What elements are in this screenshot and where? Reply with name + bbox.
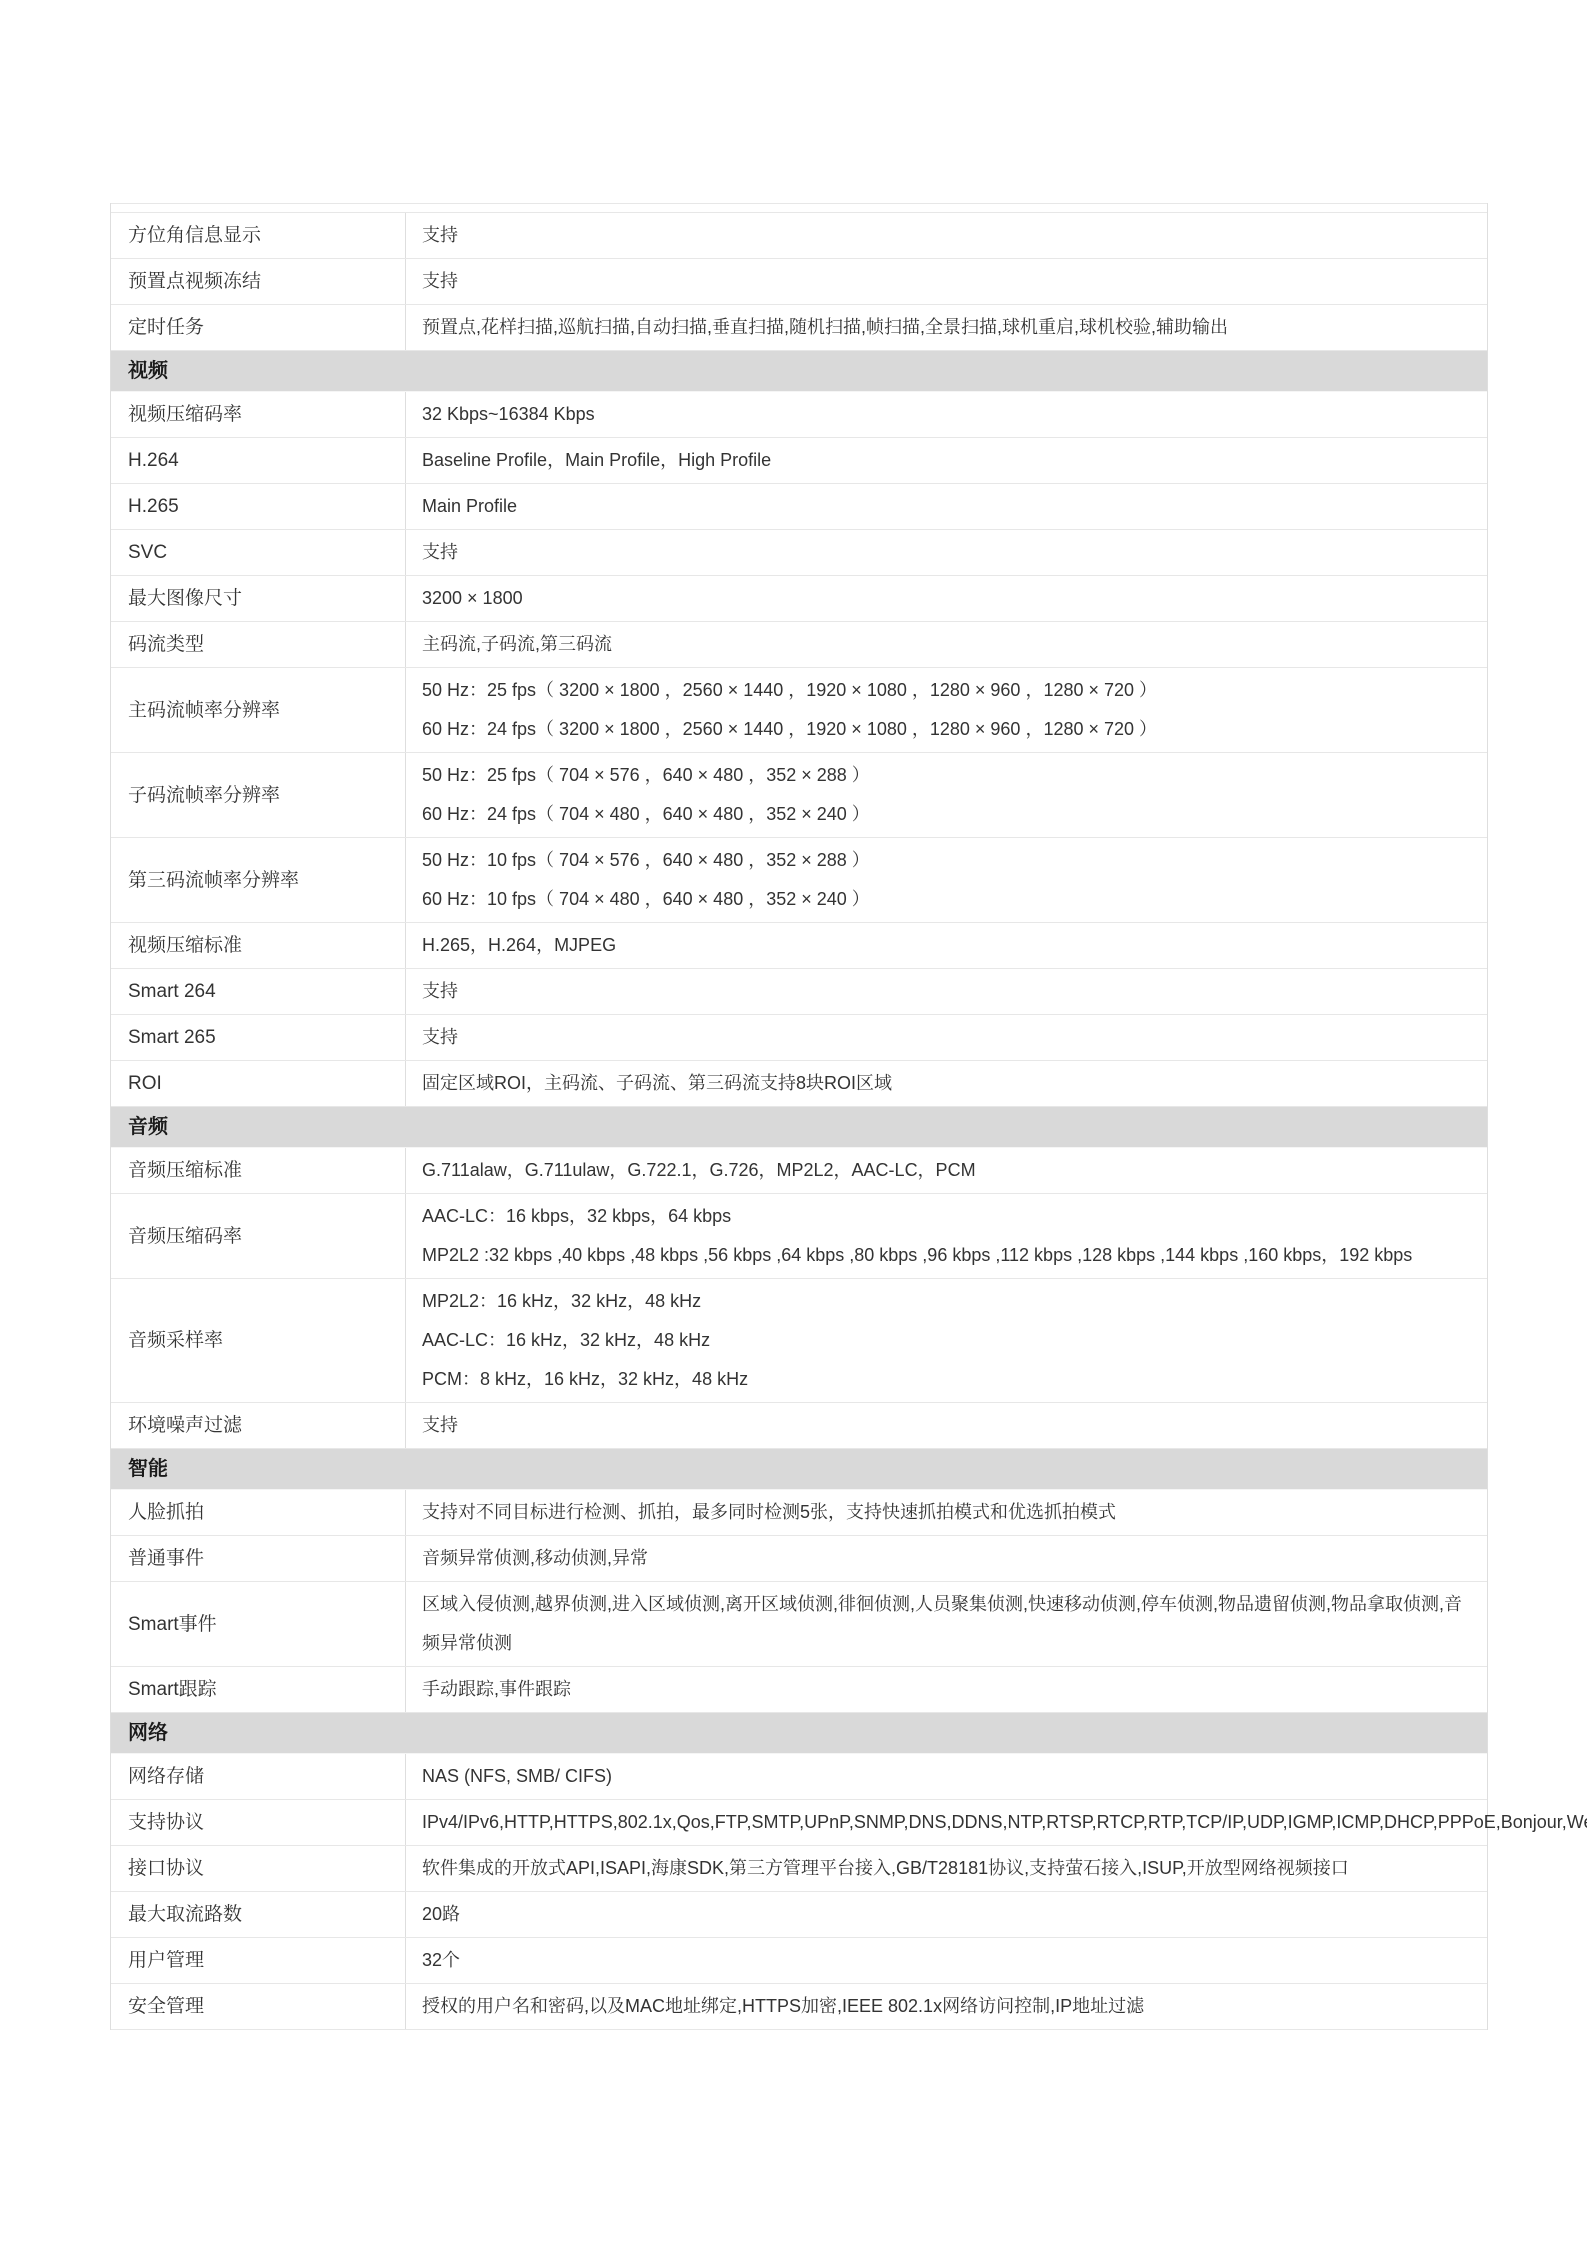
spec-value: Baseline Profile，Main Profile，High Profi…	[406, 438, 1487, 483]
spec-label: 支持协议	[111, 1800, 406, 1845]
spec-label: 人脸抓拍	[111, 1490, 406, 1535]
spec-row: H.264Baseline Profile，Main Profile，High …	[111, 438, 1487, 484]
spec-value: 支持	[406, 969, 1487, 1014]
spec-row: 普通事件音频异常侦测,移动侦测,异常	[111, 1536, 1487, 1582]
spec-row: ROI固定区域ROI，主码流、子码流、第三码流支持8块ROI区域	[111, 1061, 1487, 1107]
spec-label: H.265	[111, 484, 406, 529]
spec-label: Smart事件	[111, 1582, 406, 1666]
spec-value: 32 Kbps~16384 Kbps	[406, 392, 1487, 437]
value-line: 32 Kbps~16384 Kbps	[422, 395, 1467, 434]
spec-label: 码流类型	[111, 622, 406, 667]
spec-label: ROI	[111, 1061, 406, 1106]
spec-table: 方位角信息显示支持预置点视频冻结支持定时任务预置点,花样扫描,巡航扫描,自动扫描…	[110, 203, 1488, 2030]
spec-value: 手动跟踪,事件跟踪	[406, 1667, 1487, 1712]
spec-label: Smart跟踪	[111, 1667, 406, 1712]
spec-row: Smart事件区域入侵侦测,越界侦测,进入区域侦测,离开区域侦测,徘徊侦测,人员…	[111, 1582, 1487, 1667]
spec-value: 50 Hz：25 fps（ 3200 × 1800 ，2560 × 1440 ，…	[406, 668, 1487, 752]
value-line: Main Profile	[422, 487, 1467, 526]
spec-row: Smart 264支持	[111, 969, 1487, 1015]
value-line: 区域入侵侦测,越界侦测,进入区域侦测,离开区域侦测,徘徊侦测,人员聚集侦测,快速…	[422, 1585, 1467, 1663]
spec-row: 安全管理授权的用户名和密码,以及MAC地址绑定,HTTPS加密,IEEE 802…	[111, 1984, 1487, 2030]
spec-row: SVC支持	[111, 530, 1487, 576]
spec-row: 方位角信息显示支持	[111, 213, 1487, 259]
spec-value: 固定区域ROI，主码流、子码流、第三码流支持8块ROI区域	[406, 1061, 1487, 1106]
spec-value: 支持	[406, 259, 1487, 304]
spec-row: 主码流帧率分辨率50 Hz：25 fps（ 3200 × 1800 ，2560 …	[111, 668, 1487, 753]
spec-label: Smart 264	[111, 969, 406, 1014]
value-line: 3200 × 1800	[422, 579, 1467, 618]
value-line: 支持	[422, 1406, 1467, 1445]
value-line: 支持	[422, 262, 1467, 301]
spec-label: 预置点视频冻结	[111, 259, 406, 304]
section-header-intelligence: 智能	[111, 1449, 1487, 1490]
spec-row: 定时任务预置点,花样扫描,巡航扫描,自动扫描,垂直扫描,随机扫描,帧扫描,全景扫…	[111, 305, 1487, 351]
value-line: 支持	[422, 216, 1467, 255]
spec-label: SVC	[111, 530, 406, 575]
value-line: 60 Hz：24 fps（ 704 × 480 ，640 × 480 ，352 …	[422, 795, 1467, 834]
value-line: NAS (NFS, SMB/ CIFS)	[422, 1757, 1467, 1796]
spec-row: 支持协议IPv4/IPv6,HTTP,HTTPS,802.1x,Qos,FTP,…	[111, 1800, 1487, 1846]
spec-value: AAC-LC：16 kbps，32 kbps，64 kbpsMP2L2 :32 …	[406, 1194, 1487, 1278]
spec-value: MP2L2：16 kHz，32 kHz，48 kHzAAC-LC：16 kHz，…	[406, 1279, 1487, 1402]
spec-value: H.265，H.264，MJPEG	[406, 923, 1487, 968]
spec-value: G.711alaw，G.711ulaw，G.722.1，G.726，MP2L2，…	[406, 1148, 1487, 1193]
spec-value: 32个	[406, 1938, 1487, 1983]
spec-label: 音频压缩码率	[111, 1194, 406, 1278]
spec-value: 支持	[406, 530, 1487, 575]
spec-label: Smart 265	[111, 1015, 406, 1060]
spec-label: 普通事件	[111, 1536, 406, 1581]
spec-value: 支持对不同目标进行检测、抓拍，最多同时检测5张，支持快速抓拍模式和优选抓拍模式	[406, 1490, 1487, 1535]
spec-label: 接口协议	[111, 1846, 406, 1891]
spec-value: 50 Hz：25 fps（ 704 × 576 ，640 × 480 ，352 …	[406, 753, 1487, 837]
spec-value: 50 Hz：10 fps（ 704 × 576 ，640 × 480 ，352 …	[406, 838, 1487, 922]
value-line: MP2L2：16 kHz，32 kHz，48 kHz	[422, 1282, 1467, 1321]
spec-row: 音频压缩码率AAC-LC：16 kbps，32 kbps，64 kbpsMP2L…	[111, 1194, 1487, 1279]
spec-label: 定时任务	[111, 305, 406, 350]
spec-value: 支持	[406, 1015, 1487, 1060]
spec-label: 第三码流帧率分辨率	[111, 838, 406, 922]
value-line: 支持对不同目标进行检测、抓拍，最多同时检测5张，支持快速抓拍模式和优选抓拍模式	[422, 1493, 1467, 1532]
spec-value: 主码流,子码流,第三码流	[406, 622, 1487, 667]
value-line: 50 Hz：10 fps（ 704 × 576 ，640 × 480 ，352 …	[422, 841, 1467, 880]
spec-row: 子码流帧率分辨率50 Hz：25 fps（ 704 × 576 ，640 × 4…	[111, 753, 1487, 838]
spec-row: 视频压缩码率32 Kbps~16384 Kbps	[111, 392, 1487, 438]
spec-label: 音频压缩标准	[111, 1148, 406, 1193]
section-header-video: 视频	[111, 351, 1487, 392]
value-line: AAC-LC：16 kHz，32 kHz，48 kHz	[422, 1321, 1467, 1360]
spec-label: 最大取流路数	[111, 1892, 406, 1937]
spec-value: NAS (NFS, SMB/ CIFS)	[406, 1754, 1487, 1799]
value-line: 手动跟踪,事件跟踪	[422, 1670, 1467, 1709]
spec-value: 预置点,花样扫描,巡航扫描,自动扫描,垂直扫描,随机扫描,帧扫描,全景扫描,球机…	[406, 305, 1487, 350]
spec-row: Smart跟踪手动跟踪,事件跟踪	[111, 1667, 1487, 1713]
value-line: 60 Hz：10 fps（ 704 × 480 ，640 × 480 ，352 …	[422, 880, 1467, 919]
spec-value: 3200 × 1800	[406, 576, 1487, 621]
value-line: 主码流,子码流,第三码流	[422, 625, 1467, 664]
value-line: 固定区域ROI，主码流、子码流、第三码流支持8块ROI区域	[422, 1064, 1467, 1103]
value-line: 50 Hz：25 fps（ 3200 × 1800 ，2560 × 1440 ，…	[422, 671, 1467, 710]
value-line: H.265，H.264，MJPEG	[422, 926, 1467, 965]
spec-label: 音频采样率	[111, 1279, 406, 1402]
spec-value: 20路	[406, 1892, 1487, 1937]
spec-value: 音频异常侦测,移动侦测,异常	[406, 1536, 1487, 1581]
section-header-network: 网络	[111, 1713, 1487, 1754]
spec-row: 视频压缩标准H.265，H.264，MJPEG	[111, 923, 1487, 969]
spec-row: 人脸抓拍支持对不同目标进行检测、抓拍，最多同时检测5张，支持快速抓拍模式和优选抓…	[111, 1490, 1487, 1536]
value-line: 支持	[422, 533, 1467, 572]
spec-value: 支持	[406, 1403, 1487, 1448]
value-line: PCM：8 kHz，16 kHz，32 kHz，48 kHz	[422, 1360, 1467, 1399]
spec-value: 软件集成的开放式API,ISAPI,海康SDK,第三方管理平台接入,GB/T28…	[406, 1846, 1487, 1891]
value-line: 支持	[422, 972, 1467, 1011]
value-line: 50 Hz：25 fps（ 704 × 576 ，640 × 480 ，352 …	[422, 756, 1467, 795]
value-line: G.711alaw，G.711ulaw，G.722.1，G.726，MP2L2，…	[422, 1151, 1467, 1190]
value-line: Baseline Profile，Main Profile，High Profi…	[422, 441, 1467, 480]
spec-row: Smart 265支持	[111, 1015, 1487, 1061]
value-line: 预置点,花样扫描,巡航扫描,自动扫描,垂直扫描,随机扫描,帧扫描,全景扫描,球机…	[422, 308, 1467, 347]
spec-label: 最大图像尺寸	[111, 576, 406, 621]
spec-row: 音频采样率MP2L2：16 kHz，32 kHz，48 kHzAAC-LC：16…	[111, 1279, 1487, 1403]
spec-row: 第三码流帧率分辨率50 Hz：10 fps（ 704 × 576 ，640 × …	[111, 838, 1487, 923]
spec-label: 安全管理	[111, 1984, 406, 2029]
spec-row: 码流类型主码流,子码流,第三码流	[111, 622, 1487, 668]
spec-label: 主码流帧率分辨率	[111, 668, 406, 752]
spec-label: 视频压缩码率	[111, 392, 406, 437]
spec-label: 方位角信息显示	[111, 213, 406, 258]
value-line: IPv4/IPv6,HTTP,HTTPS,802.1x,Qos,FTP,SMTP…	[422, 1803, 1587, 1842]
spec-label: 网络存储	[111, 1754, 406, 1799]
spec-row: 预置点视频冻结支持	[111, 259, 1487, 305]
value-line: MP2L2 :32 kbps ,40 kbps ,48 kbps ,56 kbp…	[422, 1236, 1467, 1275]
spec-row: 最大取流路数20路	[111, 1892, 1487, 1938]
section-header-audio: 音频	[111, 1107, 1487, 1148]
spec-row: 接口协议软件集成的开放式API,ISAPI,海康SDK,第三方管理平台接入,GB…	[111, 1846, 1487, 1892]
spec-value: 授权的用户名和密码,以及MAC地址绑定,HTTPS加密,IEEE 802.1x网…	[406, 1984, 1487, 2029]
value-line: 60 Hz：24 fps（ 3200 × 1800 ，2560 × 1440 ，…	[422, 710, 1467, 749]
spec-value: Main Profile	[406, 484, 1487, 529]
value-line: 音频异常侦测,移动侦测,异常	[422, 1539, 1467, 1578]
value-line: 32个	[422, 1941, 1467, 1980]
spec-label: 用户管理	[111, 1938, 406, 1983]
spec-label: 子码流帧率分辨率	[111, 753, 406, 837]
value-line: 20路	[422, 1895, 1467, 1934]
spec-row: 环境噪声过滤支持	[111, 1403, 1487, 1449]
spec-row: 用户管理32个	[111, 1938, 1487, 1984]
spec-row: 网络存储NAS (NFS, SMB/ CIFS)	[111, 1754, 1487, 1800]
cropped-row-remnant	[111, 203, 1487, 213]
value-line: 软件集成的开放式API,ISAPI,海康SDK,第三方管理平台接入,GB/T28…	[422, 1849, 1467, 1888]
spec-row: H.265Main Profile	[111, 484, 1487, 530]
spec-label: H.264	[111, 438, 406, 483]
value-line: 支持	[422, 1018, 1467, 1057]
spec-value: IPv4/IPv6,HTTP,HTTPS,802.1x,Qos,FTP,SMTP…	[406, 1800, 1587, 1845]
spec-value: 支持	[406, 213, 1487, 258]
spec-row: 音频压缩标准G.711alaw，G.711ulaw，G.722.1，G.726，…	[111, 1148, 1487, 1194]
spec-label: 环境噪声过滤	[111, 1403, 406, 1448]
value-line: 授权的用户名和密码,以及MAC地址绑定,HTTPS加密,IEEE 802.1x网…	[422, 1987, 1467, 2026]
spec-row: 最大图像尺寸3200 × 1800	[111, 576, 1487, 622]
spec-label: 视频压缩标准	[111, 923, 406, 968]
spec-value: 区域入侵侦测,越界侦测,进入区域侦测,离开区域侦测,徘徊侦测,人员聚集侦测,快速…	[406, 1582, 1487, 1666]
value-line: AAC-LC：16 kbps，32 kbps，64 kbps	[422, 1197, 1467, 1236]
